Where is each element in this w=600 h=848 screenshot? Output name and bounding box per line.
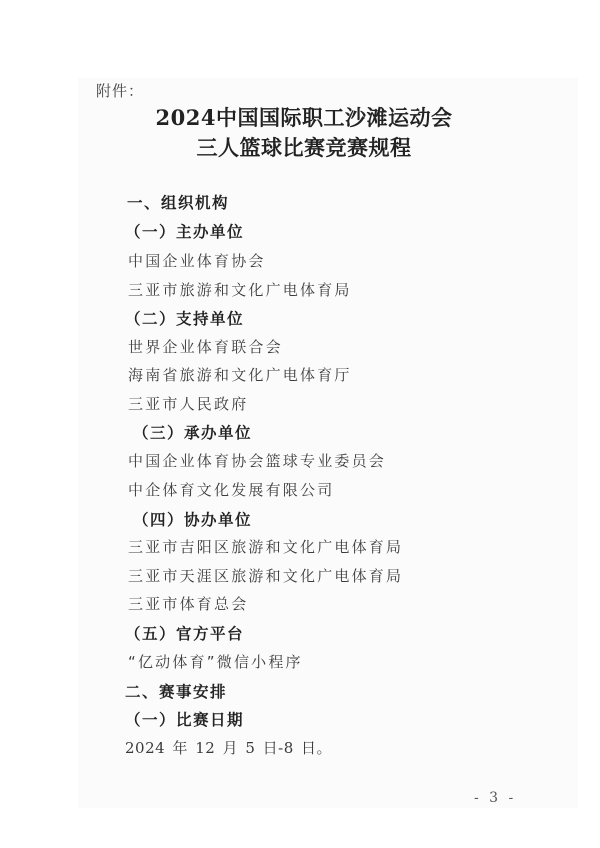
co-organizer-item-3: 三亚市体育总会	[128, 593, 248, 614]
subsection-heading-organizer: （三）承办单位	[133, 421, 252, 443]
match-dates-value: 2024 年 12 月 5 日-8 日。	[125, 737, 332, 758]
section-heading-schedule: 二、赛事安排	[125, 680, 227, 702]
subsection-heading-co-organizer: （四）协办单位	[133, 508, 252, 530]
official-platform-item-1: “亿动体育”微信小程序	[128, 651, 303, 672]
subsection-heading-match-dates: （一）比赛日期	[125, 708, 244, 730]
support-item-2: 海南省旅游和文化广电体育厅	[128, 364, 352, 385]
attachment-label: 附件：	[96, 80, 144, 101]
section-heading-organization: 一、组织机构	[127, 191, 229, 213]
organizer-item-1: 中国企业体育协会篮球专业委员会	[128, 450, 386, 471]
document-title-line-1: 2024中国国际职工沙滩运动会	[4, 102, 600, 132]
subsection-heading-official-platform: （五）官方平台	[125, 622, 244, 644]
subsection-heading-support: （二）支持单位	[125, 307, 244, 329]
subsection-heading-host: （一）主办单位	[125, 220, 244, 242]
page-number: - 3 -	[474, 790, 516, 806]
co-organizer-item-2: 三亚市天涯区旅游和文化广电体育局	[128, 565, 403, 586]
document-title-line-2: 三人篮球比赛竞赛规程	[4, 132, 600, 162]
support-item-3: 三亚市人民政府	[128, 393, 248, 414]
host-item-1: 中国企业体育协会	[128, 250, 266, 271]
co-organizer-item-1: 三亚市吉阳区旅游和文化广电体育局	[128, 536, 403, 557]
organizer-item-2: 中企体育文化发展有限公司	[128, 479, 334, 500]
host-item-2: 三亚市旅游和文化广电体育局	[128, 279, 352, 300]
support-item-1: 世界企业体育联合会	[128, 336, 283, 357]
